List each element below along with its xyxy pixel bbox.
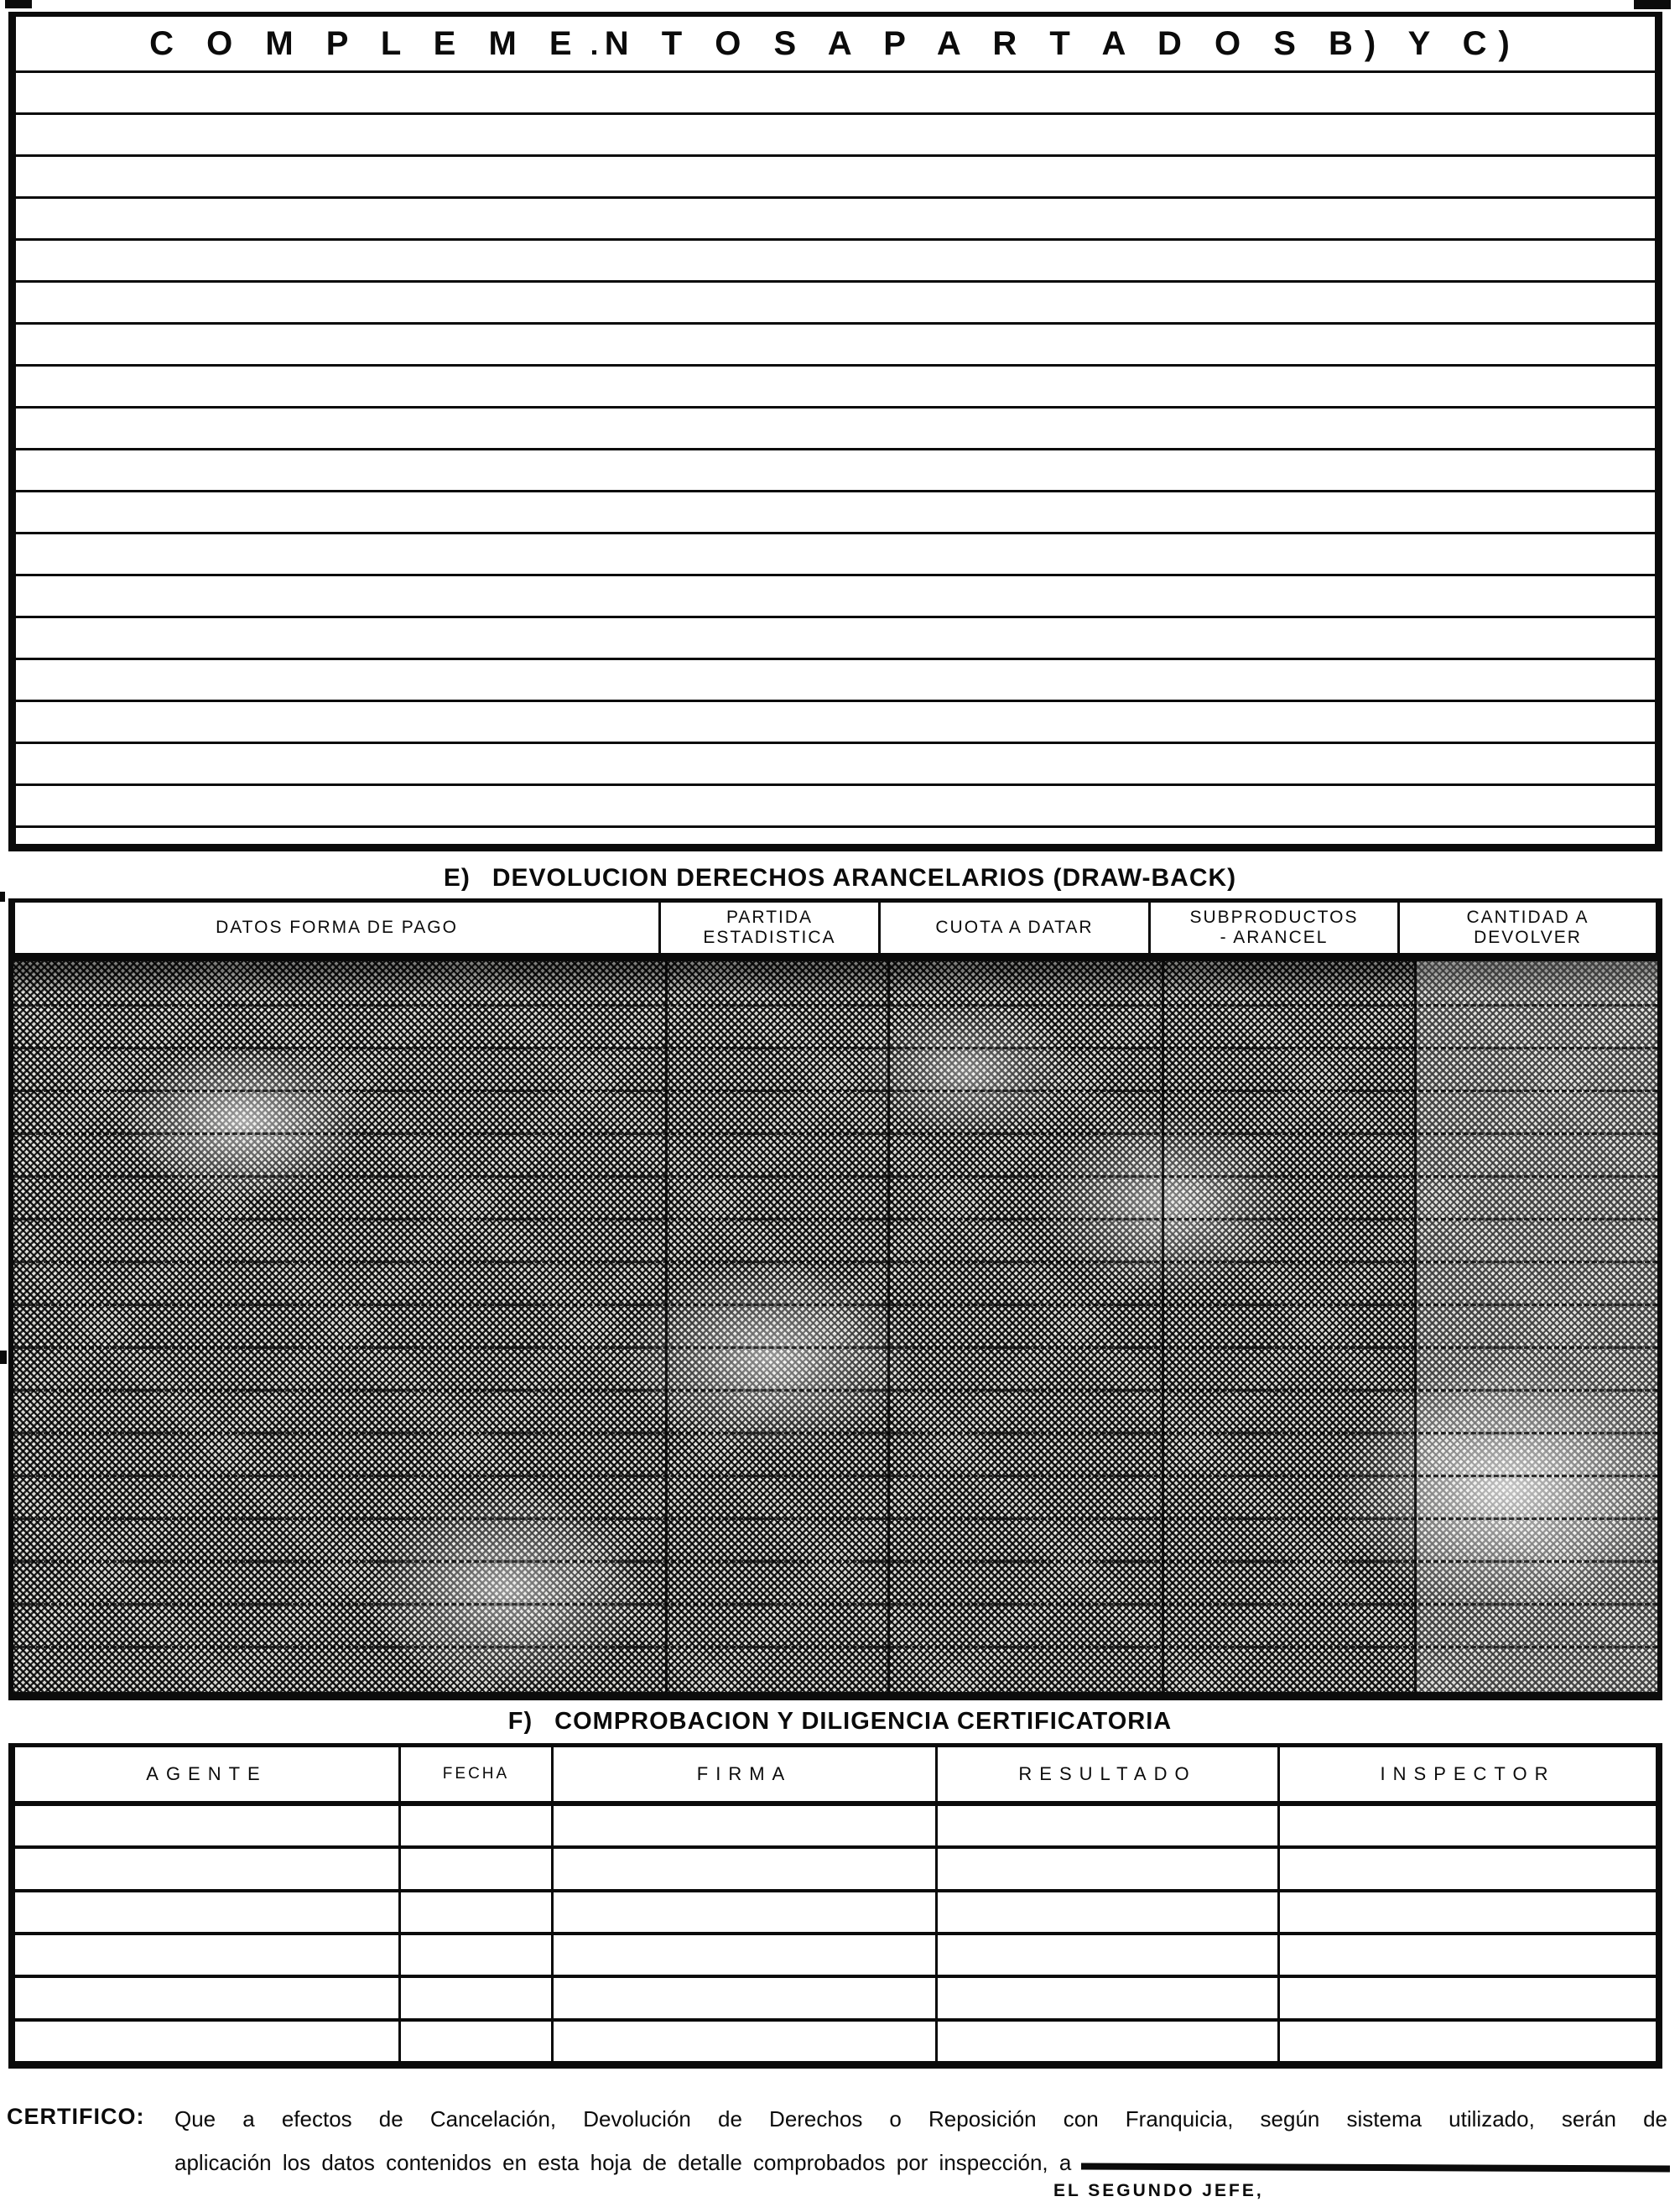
table-cell (15, 1806, 401, 1845)
column-header-label: ESTADISTICA (703, 928, 835, 948)
table-cell (554, 1935, 938, 1975)
column-divider (665, 961, 668, 1692)
column-header-label: PARTIDA (726, 908, 813, 928)
column-header-partida-estadistica: PARTIDA ESTADISTICA (661, 903, 881, 953)
column-header-datos-forma-pago: DATOS FORMA DE PAGO (15, 903, 661, 953)
row-line (13, 1047, 1657, 1049)
row-line (13, 1603, 1657, 1606)
comprobacion-table-header: AGENTE FECHA FIRMA RESULTADO INSPECTOR (15, 1747, 1656, 1806)
table-cell (938, 2022, 1280, 2061)
certification-line1: Que a efectos de Cancelación, Devolución… (174, 2106, 1667, 2132)
table-cell (938, 1935, 1280, 1975)
table-cell (554, 1892, 938, 1932)
table-cell (1280, 2022, 1656, 2061)
certification-line2-row: aplicación los datos contenidos en esta … (174, 2150, 1670, 2176)
table-row (15, 2018, 1656, 2061)
scan-speck (0, 892, 5, 902)
table-cell (15, 1935, 401, 1975)
table-row (15, 1845, 1656, 1888)
drawback-table-header: DATOS FORMA DE PAGO PARTIDA ESTADISTICA … (8, 898, 1662, 957)
scan-speck (0, 1351, 7, 1364)
row-line (13, 1304, 1657, 1306)
table-cell (938, 1806, 1280, 1845)
table-cell (1280, 1806, 1656, 1845)
comprobacion-section-letter: F) (508, 1708, 533, 1736)
row-line (13, 1132, 1657, 1135)
scan-speck (1634, 0, 1671, 9)
drawback-section-heading: E) DEVOLUCION DERECHOS ARANCELARIOS (DRA… (0, 864, 1680, 893)
table-cell (938, 1978, 1280, 2017)
table-cell (401, 1978, 554, 2017)
table-cell (938, 1849, 1280, 1888)
column-header-label: DATOS FORMA DE PAGO (216, 918, 458, 938)
table-cell (938, 1892, 1280, 1932)
row-line (13, 1090, 1657, 1092)
table-cell (554, 1849, 938, 1888)
column-header-label: FIRMA (697, 1763, 792, 1785)
table-cell (1280, 1849, 1656, 1888)
table-cell (15, 2022, 401, 2061)
row-line (13, 1432, 1657, 1434)
row-line (13, 1389, 1657, 1392)
column-header-firma: FIRMA (554, 1747, 938, 1801)
drawback-table-body (8, 957, 1662, 1700)
table-cell (15, 1892, 401, 1932)
table-cell (554, 2022, 938, 2061)
fill-in-rule (1081, 2163, 1670, 2172)
comprobacion-section-heading: F) COMPROBACION Y DILIGENCIA CERTIFICATO… (0, 1708, 1680, 1736)
column-header-cantidad-a-devolver: CANTIDAD A DEVOLVER (1400, 903, 1656, 953)
column-divider (1162, 961, 1164, 1692)
table-cell (554, 1978, 938, 2017)
row-line (13, 1346, 1657, 1349)
certification-line2: aplicación los datos contenidos en esta … (174, 2150, 1071, 2176)
column-header-label: CANTIDAD A (1466, 908, 1589, 928)
table-cell (401, 1892, 554, 1932)
column-header-label: - ARANCEL (1220, 928, 1329, 948)
column-header-label: FECHA (443, 1765, 509, 1783)
column-header-label: RESULTADO (1018, 1763, 1196, 1785)
table-cell (554, 1806, 938, 1845)
table-row (15, 1889, 1656, 1932)
table-cell (1280, 1935, 1656, 1975)
column-header-inspector: INSPECTOR (1280, 1747, 1656, 1801)
column-divider (887, 961, 890, 1692)
shading-light-column (1417, 961, 1657, 1692)
table-cell (1280, 1978, 1656, 2017)
row-line (13, 1218, 1657, 1221)
comprobacion-table-body (15, 1806, 1656, 2061)
complementos-title-row: C O M P L E M E N T O S A P A R T A D O … (16, 17, 1655, 70)
complementos-title: C O M P L E M E N T O S A P A R T A D O … (149, 25, 1521, 63)
drawback-section-title: DEVOLUCION DERECHOS ARANCELARIOS (DRAW-B… (492, 864, 1236, 893)
table-cell (15, 1978, 401, 2017)
column-header-label: DEVOLVER (1474, 928, 1582, 948)
row-line (13, 1175, 1657, 1178)
row-line (13, 1646, 1657, 1648)
column-header-resultado: RESULTADO (938, 1747, 1280, 1801)
drawback-table: DATOS FORMA DE PAGO PARTIDA ESTADISTICA … (8, 898, 1662, 1700)
column-header-label: INSPECTOR (1381, 1763, 1556, 1785)
drawback-section-letter: E) (444, 864, 471, 893)
row-line (13, 1475, 1657, 1477)
column-header-subproductos-arancel: SUBPRODUCTOS - ARANCEL (1151, 903, 1400, 953)
table-row (15, 1806, 1656, 1845)
complementos-ruled-lines (16, 70, 1655, 844)
table-cell (401, 1849, 554, 1888)
column-header-cuota-a-datar: CUOTA A DATAR (881, 903, 1151, 953)
column-divider (1414, 961, 1417, 1692)
column-header-label: AGENTE (146, 1763, 267, 1785)
table-cell (15, 1849, 401, 1888)
signer-title: EL SEGUNDO JEFE, (1053, 2181, 1264, 2201)
table-row (15, 1932, 1656, 1975)
column-header-label: CUOTA A DATAR (935, 918, 1093, 938)
table-cell (401, 2022, 554, 2061)
scanned-form-page: C O M P L E M E N T O S A P A R T A D O … (0, 0, 1680, 2207)
scan-speck (5, 0, 32, 8)
row-line (13, 1560, 1657, 1563)
table-cell (1280, 1892, 1656, 1932)
column-header-agente: AGENTE (15, 1747, 401, 1801)
table-cell (401, 1806, 554, 1845)
column-header-fecha: FECHA (401, 1747, 554, 1801)
complementos-section-box: C O M P L E M E N T O S A P A R T A D O … (8, 12, 1662, 851)
table-cell (401, 1935, 554, 1975)
comprobacion-table: AGENTE FECHA FIRMA RESULTADO INSPECTOR (8, 1743, 1662, 2069)
table-row (15, 1975, 1656, 2017)
row-line (13, 1517, 1657, 1520)
comprobacion-section-title: COMPROBACION Y DILIGENCIA CERTIFICATORIA (554, 1708, 1172, 1736)
row-line (13, 1004, 1657, 1007)
column-header-label: SUBPRODUCTOS (1190, 908, 1359, 928)
row-line (13, 1261, 1657, 1263)
certification-label: CERTIFICO: (7, 2104, 145, 2130)
